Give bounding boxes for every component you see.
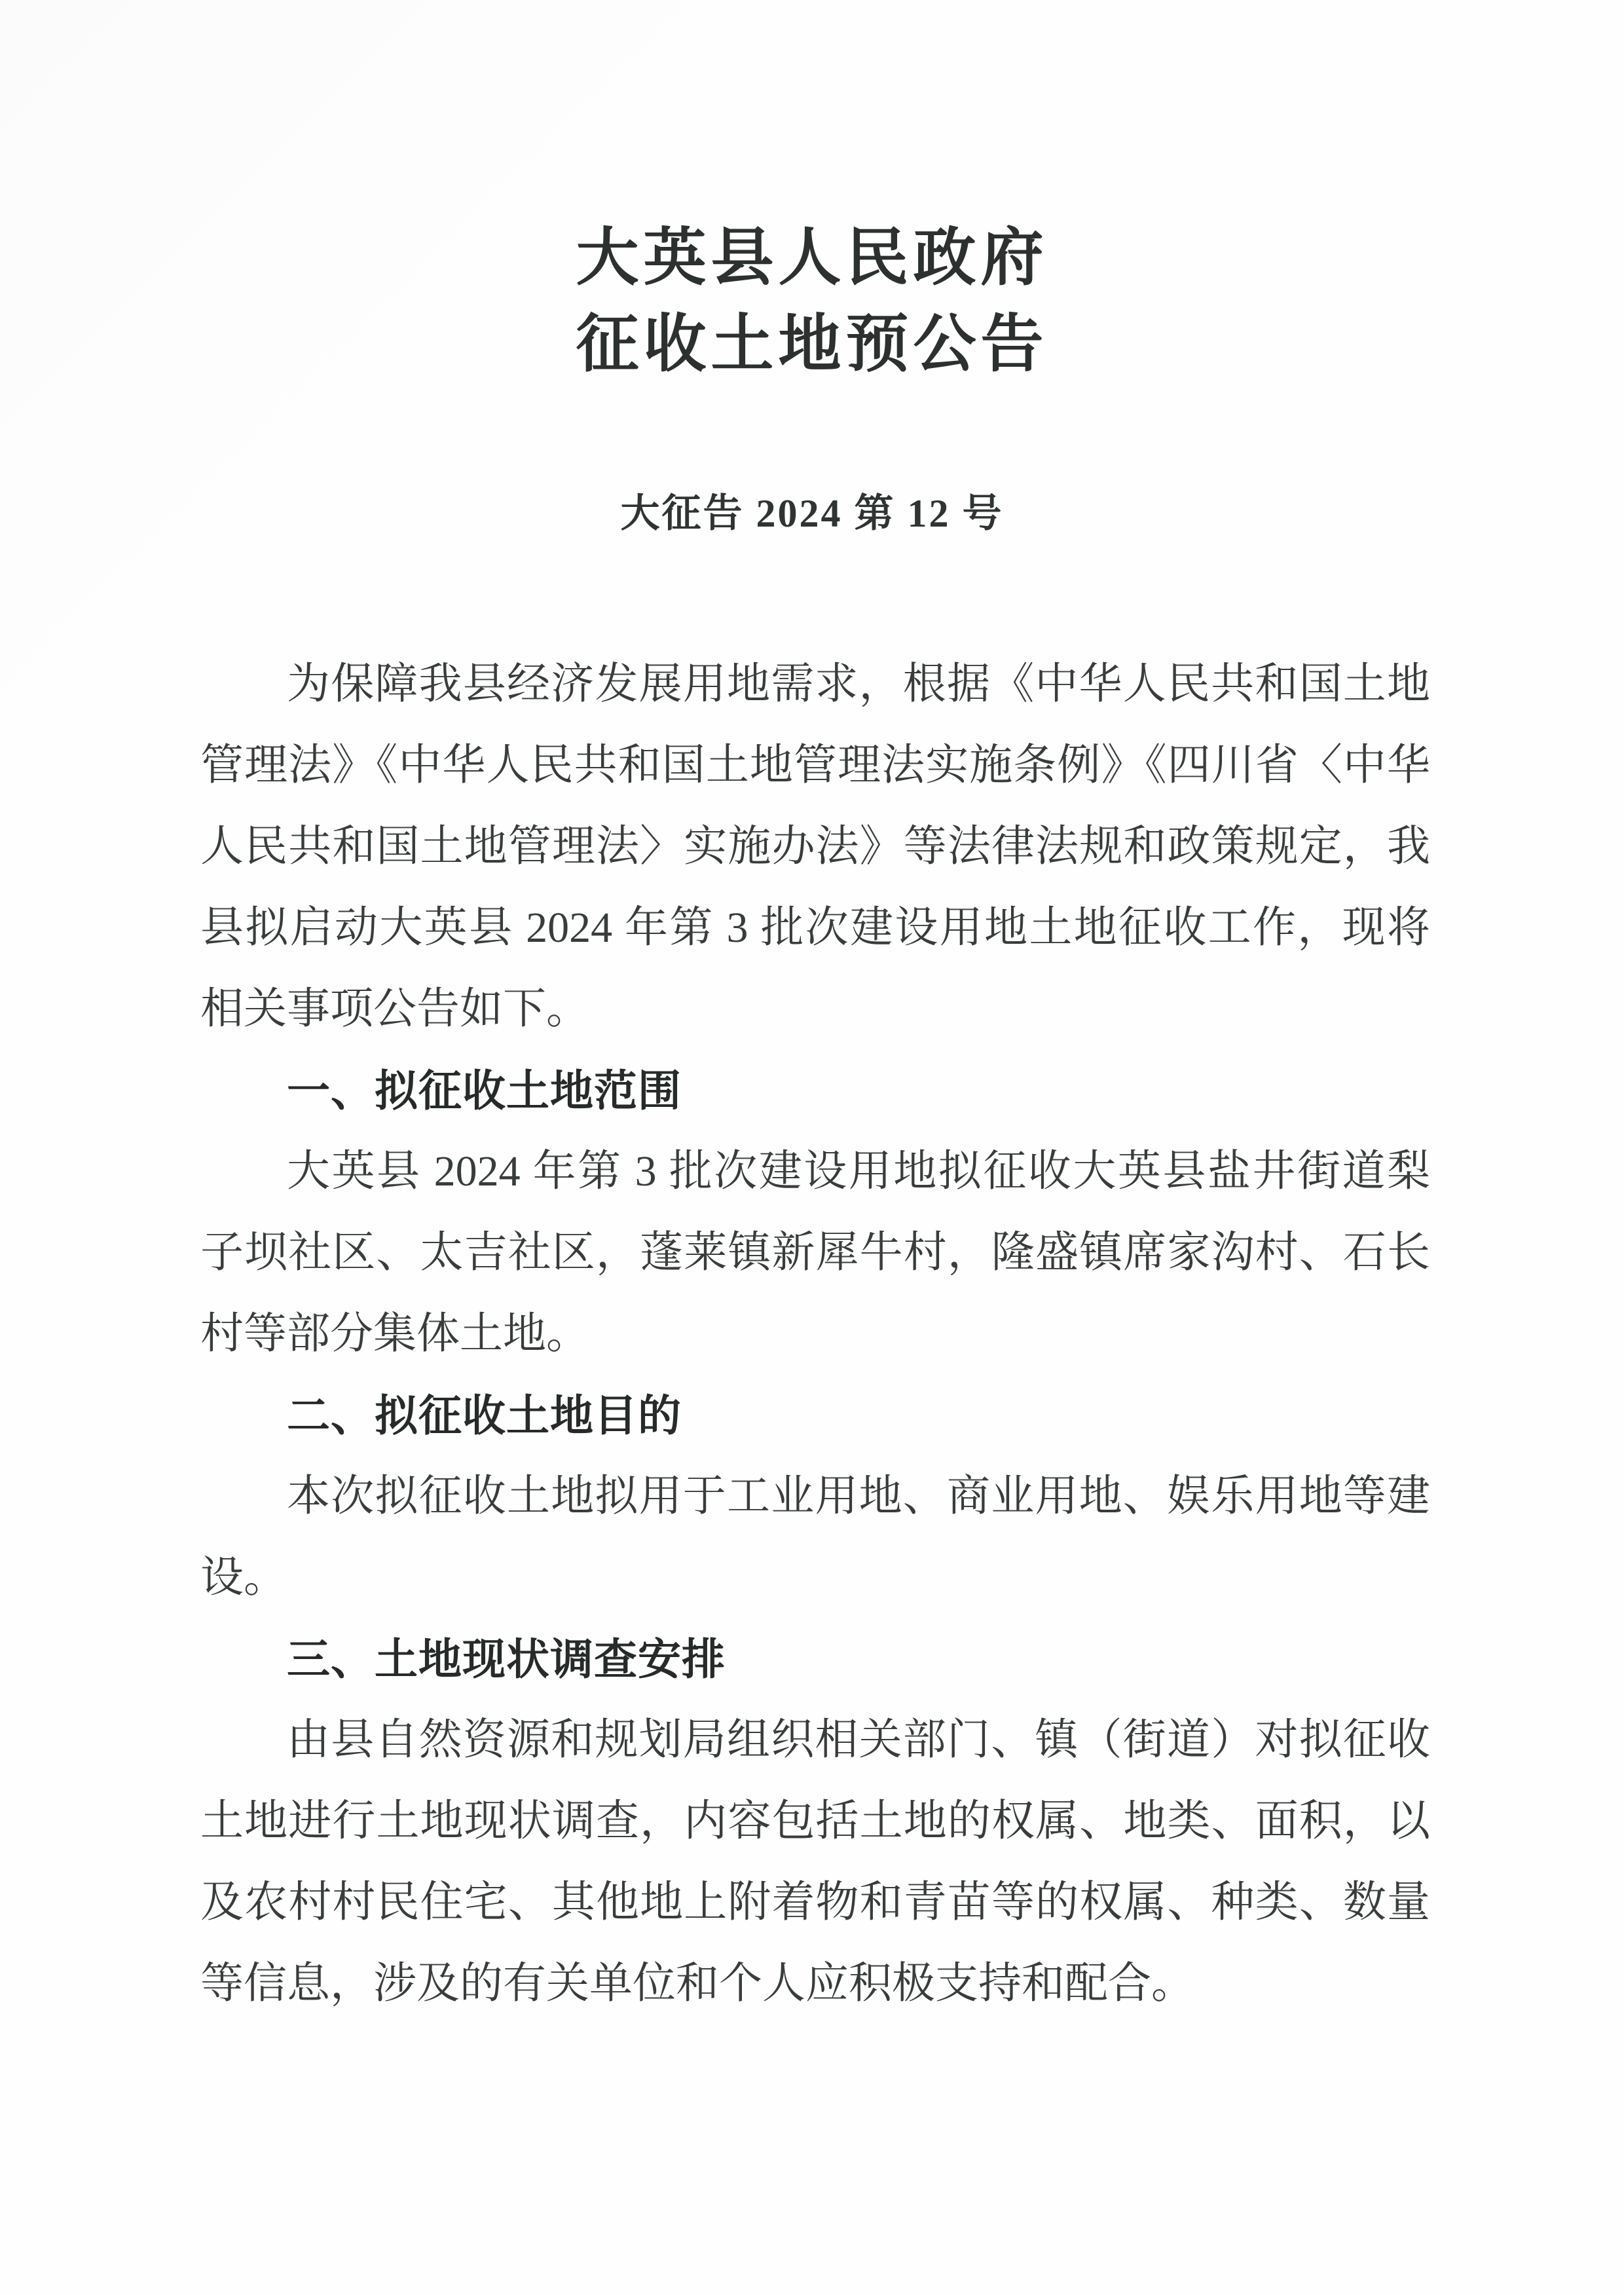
document-body: 为保障我县经济发展用地需求，根据《中华人民共和国土地管理法》《中华人民共和国土地… [200, 644, 1430, 2024]
document-title: 大英县人民政府 征收土地预公告 [0, 215, 1624, 388]
document-number: 大征告 2024 第 12 号 [0, 485, 1624, 542]
body-paragraph: 大英县 2024 年第 3 批次建设用地拟征收大英县盐井街道梨子坝社区、太吉社区… [200, 1131, 1430, 1375]
title-line-2: 征收土地预公告 [0, 301, 1624, 388]
section-heading: 二、拟征收土地目的 [200, 1375, 1430, 1456]
body-paragraph: 本次拟征收土地拟用于工业用地、商业用地、娱乐用地等建设。 [200, 1456, 1430, 1618]
body-paragraph: 由县自然资源和规划局组织相关部门、镇（街道）对拟征收土地进行土地现状调查，内容包… [200, 1700, 1430, 2024]
document-page: 大英县人民政府 征收土地预公告 大征告 2024 第 12 号 为保障我县经济发… [0, 0, 1624, 2295]
body-paragraph: 为保障我县经济发展用地需求，根据《中华人民共和国土地管理法》《中华人民共和国土地… [200, 644, 1430, 1050]
section-heading: 三、土地现状调查安排 [200, 1618, 1430, 1700]
section-heading: 一、拟征收土地范围 [200, 1050, 1430, 1131]
title-line-1: 大英县人民政府 [0, 215, 1624, 301]
